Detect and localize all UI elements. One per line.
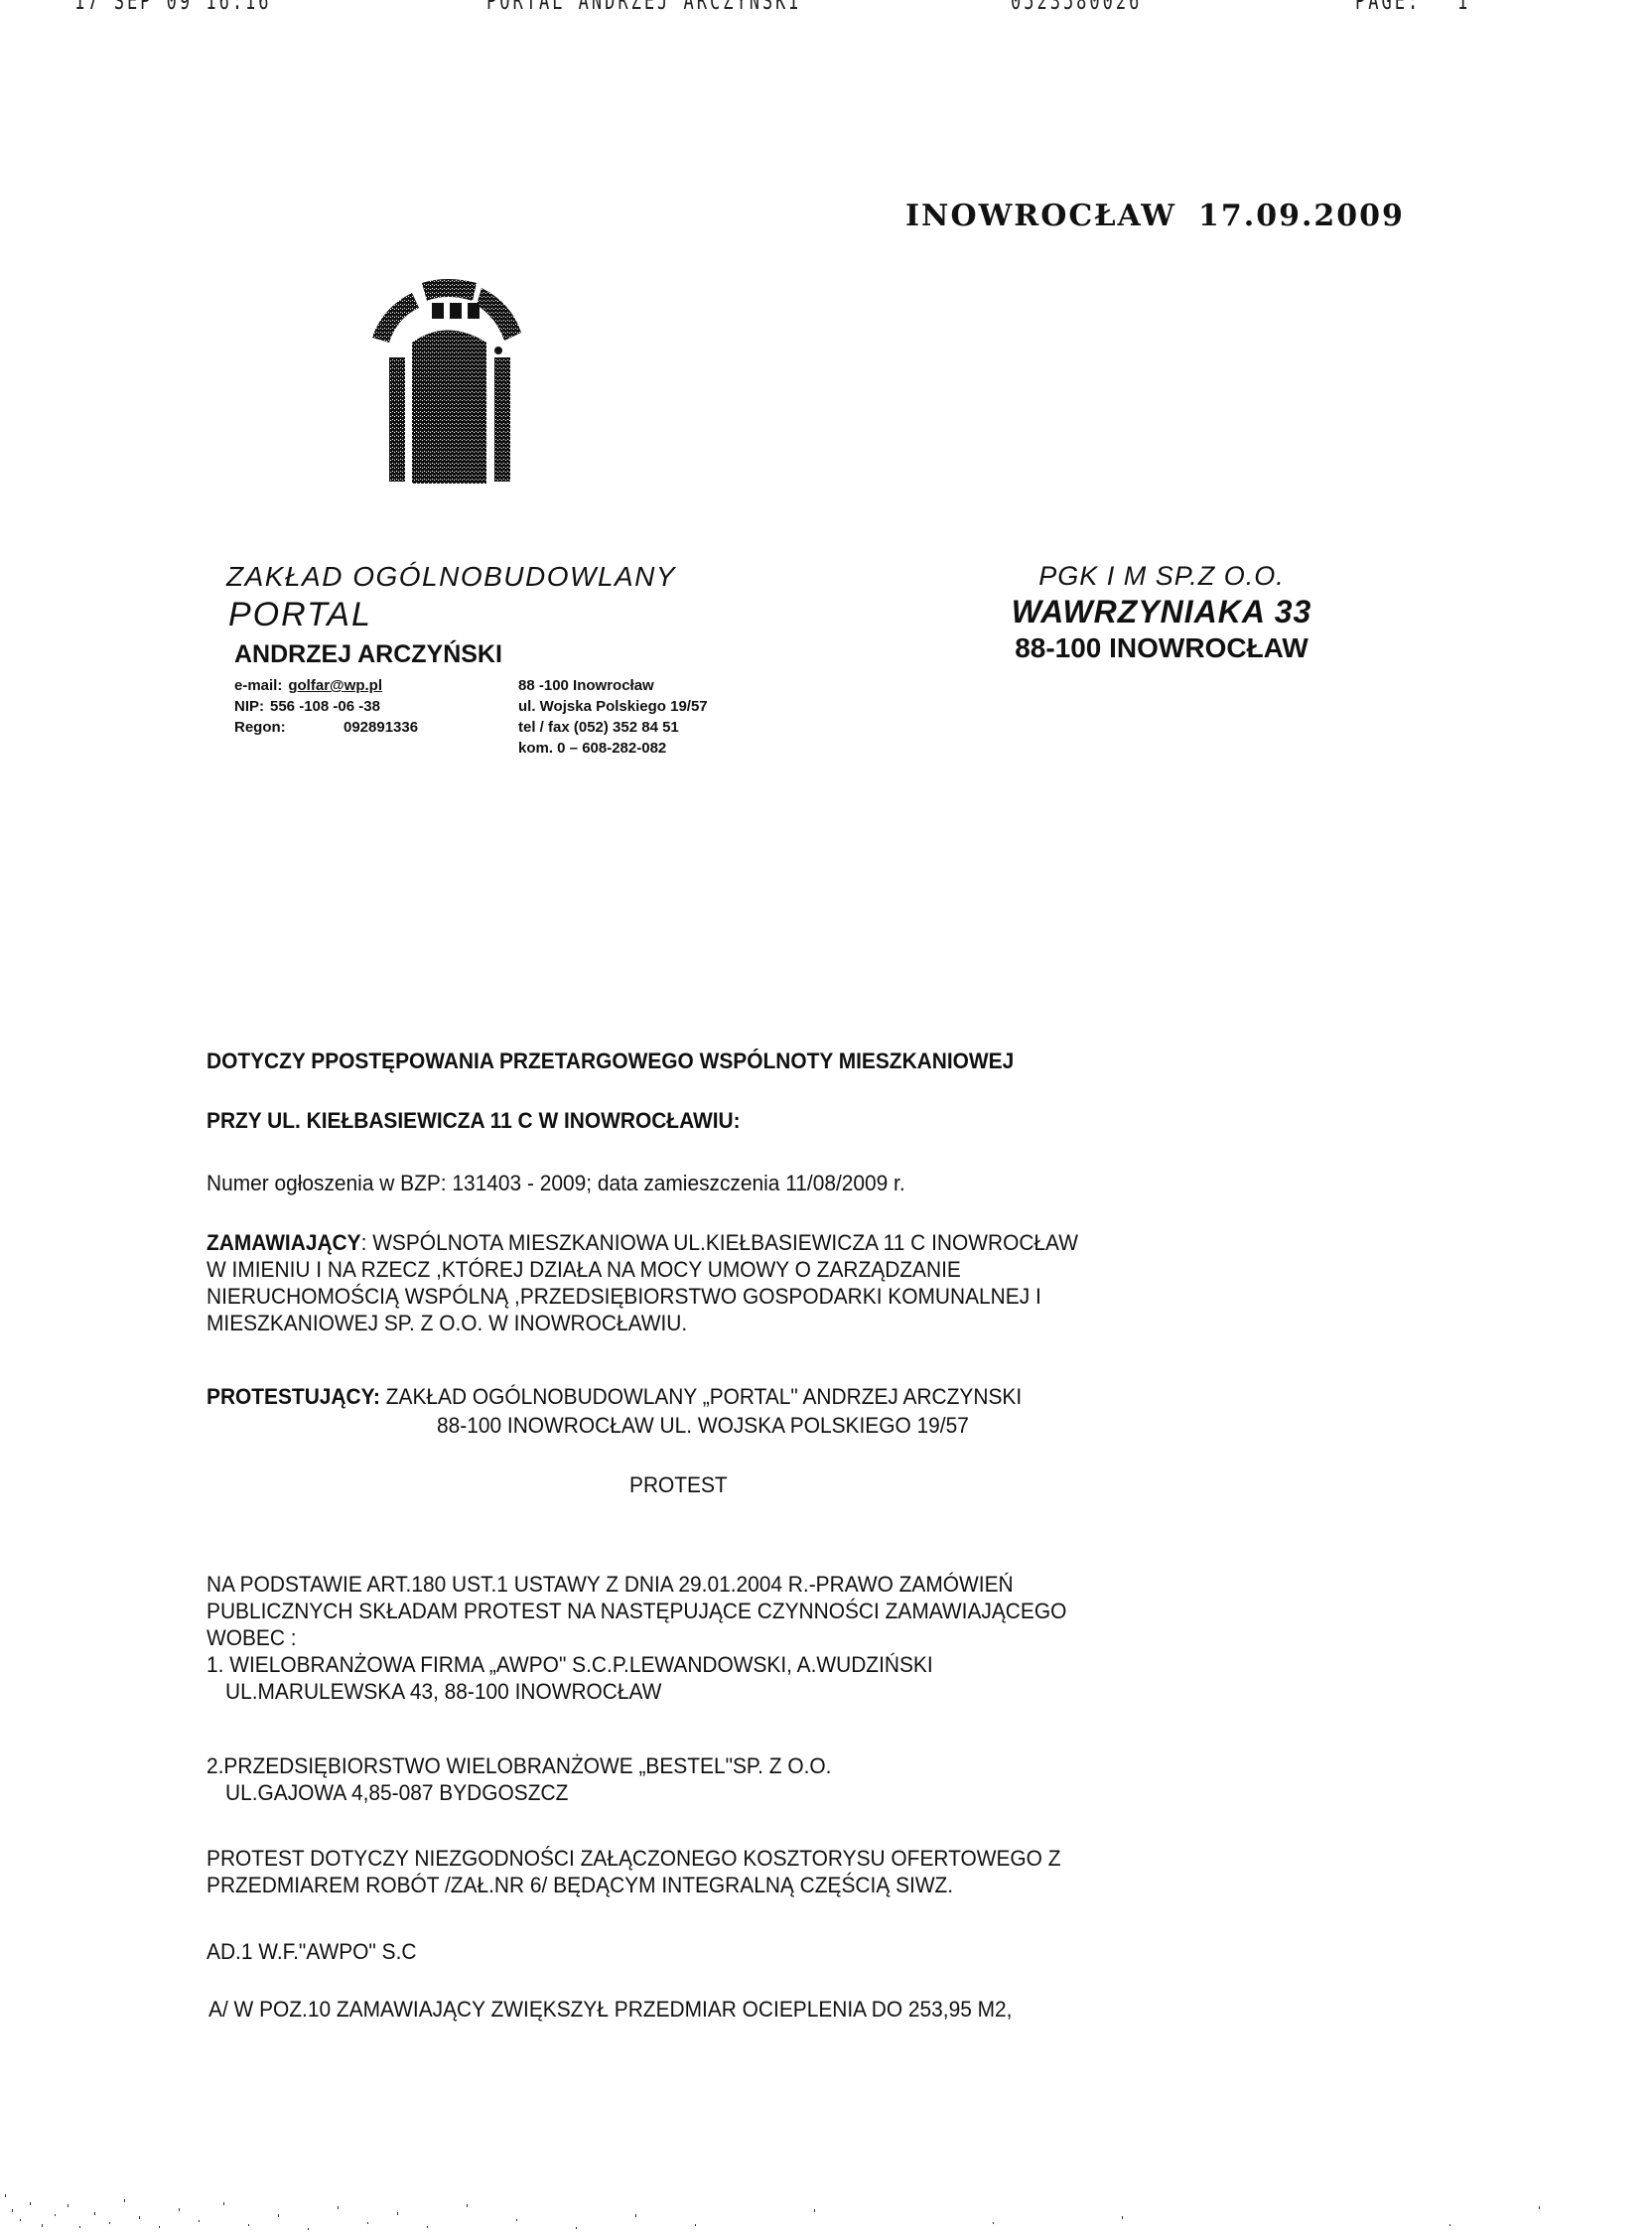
- fax-header-page-number: 1: [1457, 0, 1470, 16]
- recipient-block: PGK I M SP.Z O.O. WAWRZYNIAKA 33 88-100 …: [953, 561, 1370, 664]
- sender-company-name: PORTAL: [228, 596, 372, 634]
- protesting-party: PROTESTUJĄCY: ZAKŁAD OGÓLNOBUDOWLANY „PO…: [206, 1383, 1376, 1410]
- firm-1-address: UL.MARULEWSKA 43, 88-100 INOWROCŁAW: [206, 1678, 1376, 1705]
- zamawiajacy-line: : WSPÓLNOTA MIESZKANIOWA UL.KIEŁBASIEWIC…: [361, 1230, 1078, 1255]
- fax-header-number: 0523580026: [1011, 0, 1142, 16]
- place: INOWROCŁAW: [905, 199, 1176, 233]
- section-ad1: AD.1 W.F."AWPO" S.C: [206, 1938, 1376, 1965]
- date: 17.09.2009: [1198, 199, 1405, 233]
- subject-line-2: PRZY UL. KIEŁBASIEWICZA 11 C W INOWROCŁA…: [206, 1107, 1376, 1134]
- issue-line: PRZEDMIAREM ROBÓT /ZAŁ.NR 6/ BĘDĄCYM INT…: [206, 1872, 1376, 1898]
- zamawiajacy-line: MIESZKANIOWEJ SP. Z O.O. W INOWROCŁAWIU.: [206, 1310, 1376, 1336]
- recipient-city: 88-100 INOWROCŁAW: [953, 632, 1370, 664]
- zamawiajacy-label: ZAMAWIAJĄCY: [206, 1230, 361, 1255]
- fax-header-datetime: 17 SEP 09 16:16: [74, 0, 272, 16]
- scan-noise: [0, 2164, 1652, 2234]
- sender-company-type: ZAKŁAD OGÓLNOBUDOWLANY: [226, 561, 676, 593]
- bzp-notice-line: Numer ogłoszenia w BZP: 131403 - 2009; d…: [206, 1170, 1376, 1196]
- sender-address: 88 -100 Inowrocław ul. Wojska Polskiego …: [518, 675, 708, 759]
- regon-label: Regon:: [234, 717, 344, 738]
- document-title: PROTEST: [629, 1471, 1652, 1498]
- basis-line: NA PODSTAWIE ART.180 UST.1 USTAWY Z DNIA…: [206, 1571, 1376, 1598]
- sender-owner-name: ANDRZEJ ARCZYŃSKI: [234, 640, 502, 669]
- portal-arch-logo-icon: [328, 263, 556, 491]
- protestujacy-label: PROTESTUJĄCY:: [206, 1384, 380, 1409]
- firm-2-name: 2.PRZEDSIĘBIORSTWO WIELOBRANŻOWE „BESTEL…: [206, 1752, 1376, 1779]
- tel-fax: tel / fax (052) 352 84 51: [518, 717, 708, 738]
- nip-value: 556 -108 -06 -38: [270, 696, 380, 717]
- point-a: A/ W POZ.10 ZAMAWIAJĄCY ZWIĘKSZYŁ PRZEDM…: [208, 1996, 1378, 2023]
- zamawiajacy-line: NIERUCHOMOŚCIĄ WSPÓLNĄ ,PRZEDSIĘBIORSTWO…: [206, 1283, 1376, 1310]
- basis-line: PUBLICZNYCH SKŁADAM PROTEST NA NASTĘPUJĄ…: [206, 1598, 1376, 1624]
- contracting-authority: ZAMAWIAJĄCY: WSPÓLNOTA MIESZKANIOWA UL.K…: [206, 1229, 1376, 1336]
- mobile-phone: kom. 0 – 608-282-082: [518, 738, 708, 759]
- email-label: e-mail:: [234, 675, 282, 696]
- sender-identifiers: e-mail: golfar@wp.pl NIP: 556 -108 -06 -…: [234, 675, 418, 738]
- protestujacy-line: ZAKŁAD OGÓLNOBUDOWLANY „PORTAL" ANDRZEJ …: [380, 1384, 1022, 1409]
- place-date: INOWROCŁAW17.09.2009: [905, 199, 1405, 233]
- address-city: 88 -100 Inowrocław: [518, 675, 708, 696]
- firm-2: 2.PRZEDSIĘBIORSTWO WIELOBRANŻOWE „BESTEL…: [206, 1752, 1376, 1806]
- legal-basis: NA PODSTAWIE ART.180 UST.1 USTAWY Z DNIA…: [206, 1571, 1376, 1651]
- recipient-company: PGK I M SP.Z O.O.: [953, 561, 1370, 592]
- subject-line-1: DOTYCZY PPOSTĘPOWANIA PRZETARGOWEGO WSPÓ…: [206, 1047, 1376, 1074]
- email-link[interactable]: golfar@wp.pl: [288, 675, 382, 696]
- issue-line: PROTEST DOTYCZY NIEZGODNOŚCI ZAŁĄCZONEGO…: [206, 1845, 1376, 1872]
- fax-header-sender: PORTAL ANDRZEJ ARCZYNSKI: [486, 0, 802, 16]
- recipient-street: WAWRZYNIAKA 33: [953, 594, 1370, 630]
- firm-1-name: 1. WIELOBRANŻOWA FIRMA „AWPO" S.C.P.LEWA…: [206, 1651, 1376, 1678]
- protestujacy-address: 88-100 INOWROCŁAW UL. WOJSKA POLSKIEGO 1…: [437, 1412, 1606, 1439]
- regon-value: 092891336: [344, 717, 418, 738]
- firm-1: 1. WIELOBRANŻOWA FIRMA „AWPO" S.C.P.LEWA…: [206, 1651, 1376, 1705]
- basis-line: WOBEC :: [206, 1624, 1376, 1651]
- fax-header-page-label: PAGE:: [1355, 0, 1421, 16]
- zamawiajacy-line: W IMIENIU I NA RZECZ ,KTÓREJ DZIAŁA NA M…: [206, 1256, 1376, 1283]
- protest-issue: PROTEST DOTYCZY NIEZGODNOŚCI ZAŁĄCZONEGO…: [206, 1845, 1376, 1898]
- nip-label: NIP:: [234, 696, 264, 717]
- firm-2-address: UL.GAJOWA 4,85-087 BYDGOSZCZ: [206, 1779, 1376, 1806]
- address-street: ul. Wojska Polskiego 19/57: [518, 696, 708, 717]
